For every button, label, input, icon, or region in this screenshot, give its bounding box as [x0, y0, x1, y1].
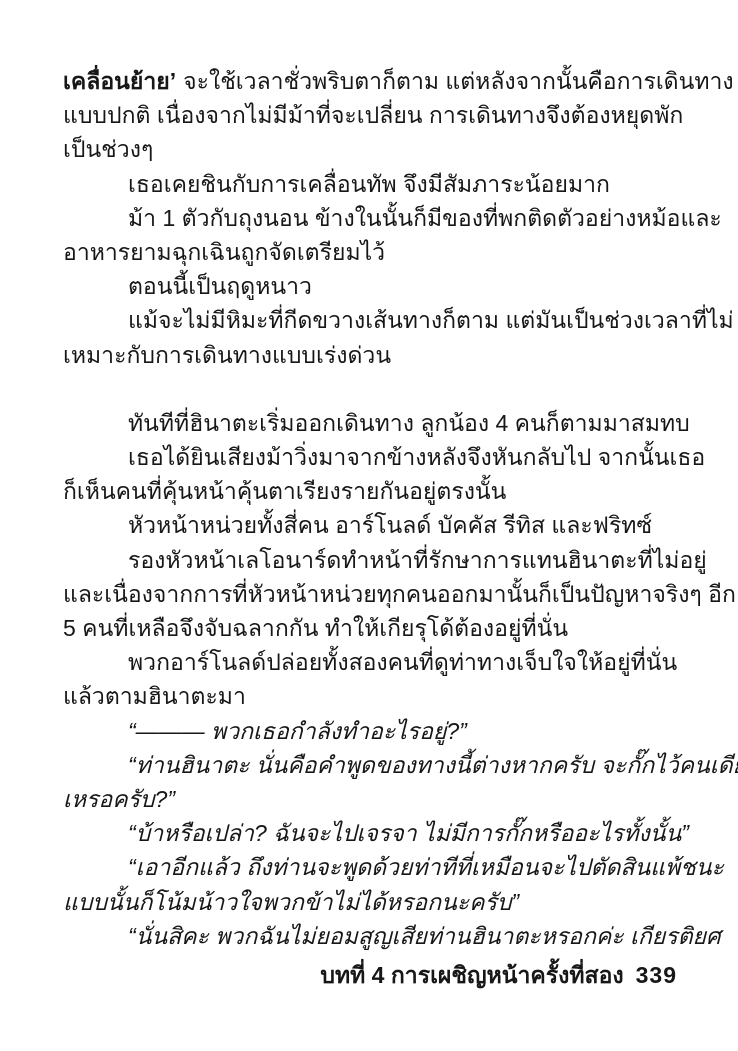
text-line: “——— พวกเธอกำลังทำอะไรอยู่?”: [63, 714, 677, 748]
text-line: “เอาอีกแล้ว ถึงท่านจะพูดด้วยท่าทีที่เหมื…: [63, 850, 677, 884]
book-page: เคลื่อนย้าย’จะใช้เวลาชั่วพริบตาก็ตาม แต่…: [0, 0, 738, 1051]
lead-bold-word: เคลื่อนย้าย’: [63, 68, 176, 94]
text-line: ทันทีที่ฮินาตะเริ่มออกเดินทาง ลูกน้อง 4 …: [63, 406, 677, 440]
text-line: “ท่านฮินาตะ นั่นคือคำพูดของทางนี้ต่างหาก…: [63, 748, 677, 782]
chapter-title: บทที่ 4 การเผชิญหน้าครั้งที่สอง: [320, 962, 623, 988]
text-line: หัวหน้าหน่วยทั้งสี่คน อาร์โนลด์ บัคคัส ร…: [63, 508, 677, 542]
paragraph-spacer: [63, 372, 677, 406]
text-line: พวกอาร์โนลด์ปล่อยทั้งสองคนที่ดูท่าทางเจ็…: [63, 645, 677, 679]
text-line: ม้า 1 ตัวกับถุงนอน ข้างในนั้นก็มีของที่พ…: [63, 201, 677, 235]
text-line: เธอเคยชินกับการเคลื่อนทัพ จึงมีสัมภาระน้…: [63, 167, 677, 201]
text-line: และเนื่องจากการที่หัวหน้าหน่วยทุกคนออกมา…: [63, 577, 677, 611]
text-line-first: เคลื่อนย้าย’จะใช้เวลาชั่วพริบตาก็ตาม แต่…: [63, 64, 677, 98]
text-line: “บ้าหรือเปล่า? ฉันจะไปเจรจา ไม่มีการกั๊ก…: [63, 816, 677, 850]
text-line: แบบนั้นก็โน้มน้าวใจพวกข้าไม่ได้หรอกนะครั…: [63, 885, 677, 919]
text-line: อาหารยามฉุกเฉินถูกจัดเตรียมไว้: [63, 235, 677, 269]
text-line: แม้จะไม่มีหิมะที่กีดขวางเส้นทางก็ตาม แต่…: [63, 303, 677, 337]
text-line: “นั่นสิคะ พวกฉันไม่ยอมสูญเสียท่านฮินาตะห…: [63, 919, 677, 953]
page-footer: บทที่ 4 การเผชิญหน้าครั้งที่สอง339: [63, 958, 677, 994]
text-line: เธอได้ยินเสียงม้าวิ่งมาจากข้างหลังจึงหัน…: [63, 440, 677, 474]
text-line: รองหัวหน้าเลโอนาร์ดทำหน้าที่รักษาการแทนฮ…: [63, 543, 677, 577]
text-line: เหมาะกับการเดินทางแบบเร่งด่วน: [63, 338, 677, 372]
text-line: เป็นช่วงๆ: [63, 132, 677, 166]
text-line: ก็เห็นคนที่คุ้นหน้าคุ้นตาเรียงรายกันอยู่…: [63, 474, 677, 508]
body-text-lines: แบบปกติ เนื่องจากไม่มีม้าที่จะเปลี่ยน กา…: [63, 98, 677, 953]
text-line: แบบปกติ เนื่องจากไม่มีม้าที่จะเปลี่ยน กา…: [63, 98, 677, 132]
page-number: 339: [636, 962, 677, 988]
text-line: แล้วตามฮินาตะมา: [63, 679, 677, 713]
text-block: เคลื่อนย้าย’จะใช้เวลาชั่วพริบตาก็ตาม แต่…: [63, 64, 677, 953]
text-line: เหรอครับ?”: [63, 782, 677, 816]
text-line: 5 คนที่เหลือจึงจับฉลากกัน ทำให้เกียรุโด้…: [63, 611, 677, 645]
lead-rest-text: จะใช้เวลาชั่วพริบตาก็ตาม แต่หลังจากนั้นค…: [183, 68, 734, 94]
text-line: ตอนนี้เป็นฤดูหนาว: [63, 269, 677, 303]
